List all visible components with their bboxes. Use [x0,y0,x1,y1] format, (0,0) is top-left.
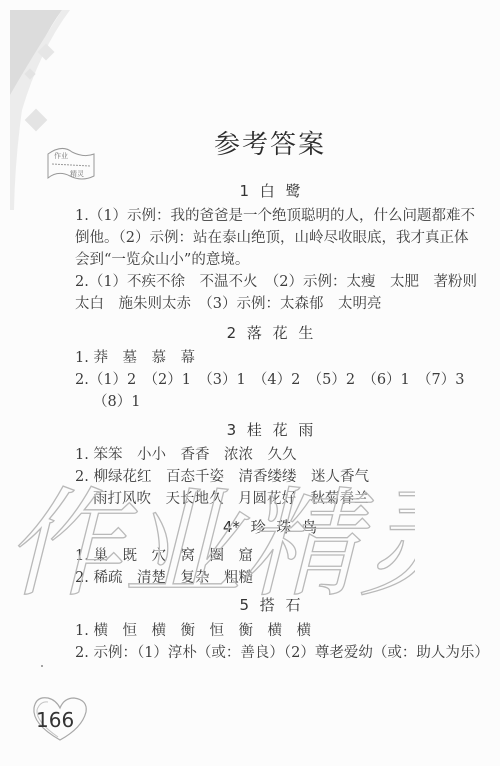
section-heading-2: 2 落 花 生 [0,322,500,343]
answer-line: 2. 示例：（1）淳朴（或：善良）（2）尊老爱幼（或：助人为乐） [75,642,489,664]
section-heading-1: 1 白 鹭 [0,180,500,201]
print-speck [41,665,43,667]
section-heading-5: 5 搭 石 [0,594,500,615]
answer-line: （8）1 [93,391,140,413]
answer-line: 雨打风吹 天长地久 月圆花好 秋菊春兰 [93,488,369,510]
answer-line: 会到“一览众山小”的意境。 [75,249,249,271]
answer-line: 1. 巢 既 穴 窝 圈 窟 [75,545,253,567]
svg-text:精灵: 精灵 [70,169,84,178]
page-title: 参考答案 [0,124,500,161]
answer-line: 1. 莽 墓 慕 幕 [75,347,195,369]
answer-line: 2. 稀疏 清楚 复杂 粗糙 [75,567,253,589]
answer-line: 太白 施朱则太赤 （3）示例：太森郁 太明亮 [75,293,381,315]
answer-line: 1. 横 恒 横 衡 恒 衡 横 横 [75,620,311,642]
answer-line: 2.（1）不疾不徐 不温不火 （2）示例：太瘦 太肥 著粉则 [75,271,477,293]
section-heading-3: 3 桂 花 雨 [0,419,500,440]
section-heading-4: 4* 珍 珠 鸟 [0,516,500,537]
document-page: 作业 精灵 参考答案 1 白 鹭 1.（1）示例：我的爸爸是一个绝顶聪明的人，什… [0,0,500,766]
answer-line: 2.（1）2 （2）1 （3）1 （4）2 （5）2 （6）1 （7）3 [75,369,465,391]
page-number: 166 [36,708,74,732]
answer-line: 倒他。（2）示例：站在泰山绝顶，山岭尽收眼底，我才真正体 [75,227,468,249]
answer-line: 1. 笨笨 小小 香香 浓浓 久久 [75,444,296,466]
answer-line: 2. 柳绿花红 百态千姿 清香缕缕 迷人香气 [75,466,369,488]
answer-line: 1.（1）示例：我的爸爸是一个绝顶聪明的人，什么问题都难不 [75,205,475,227]
